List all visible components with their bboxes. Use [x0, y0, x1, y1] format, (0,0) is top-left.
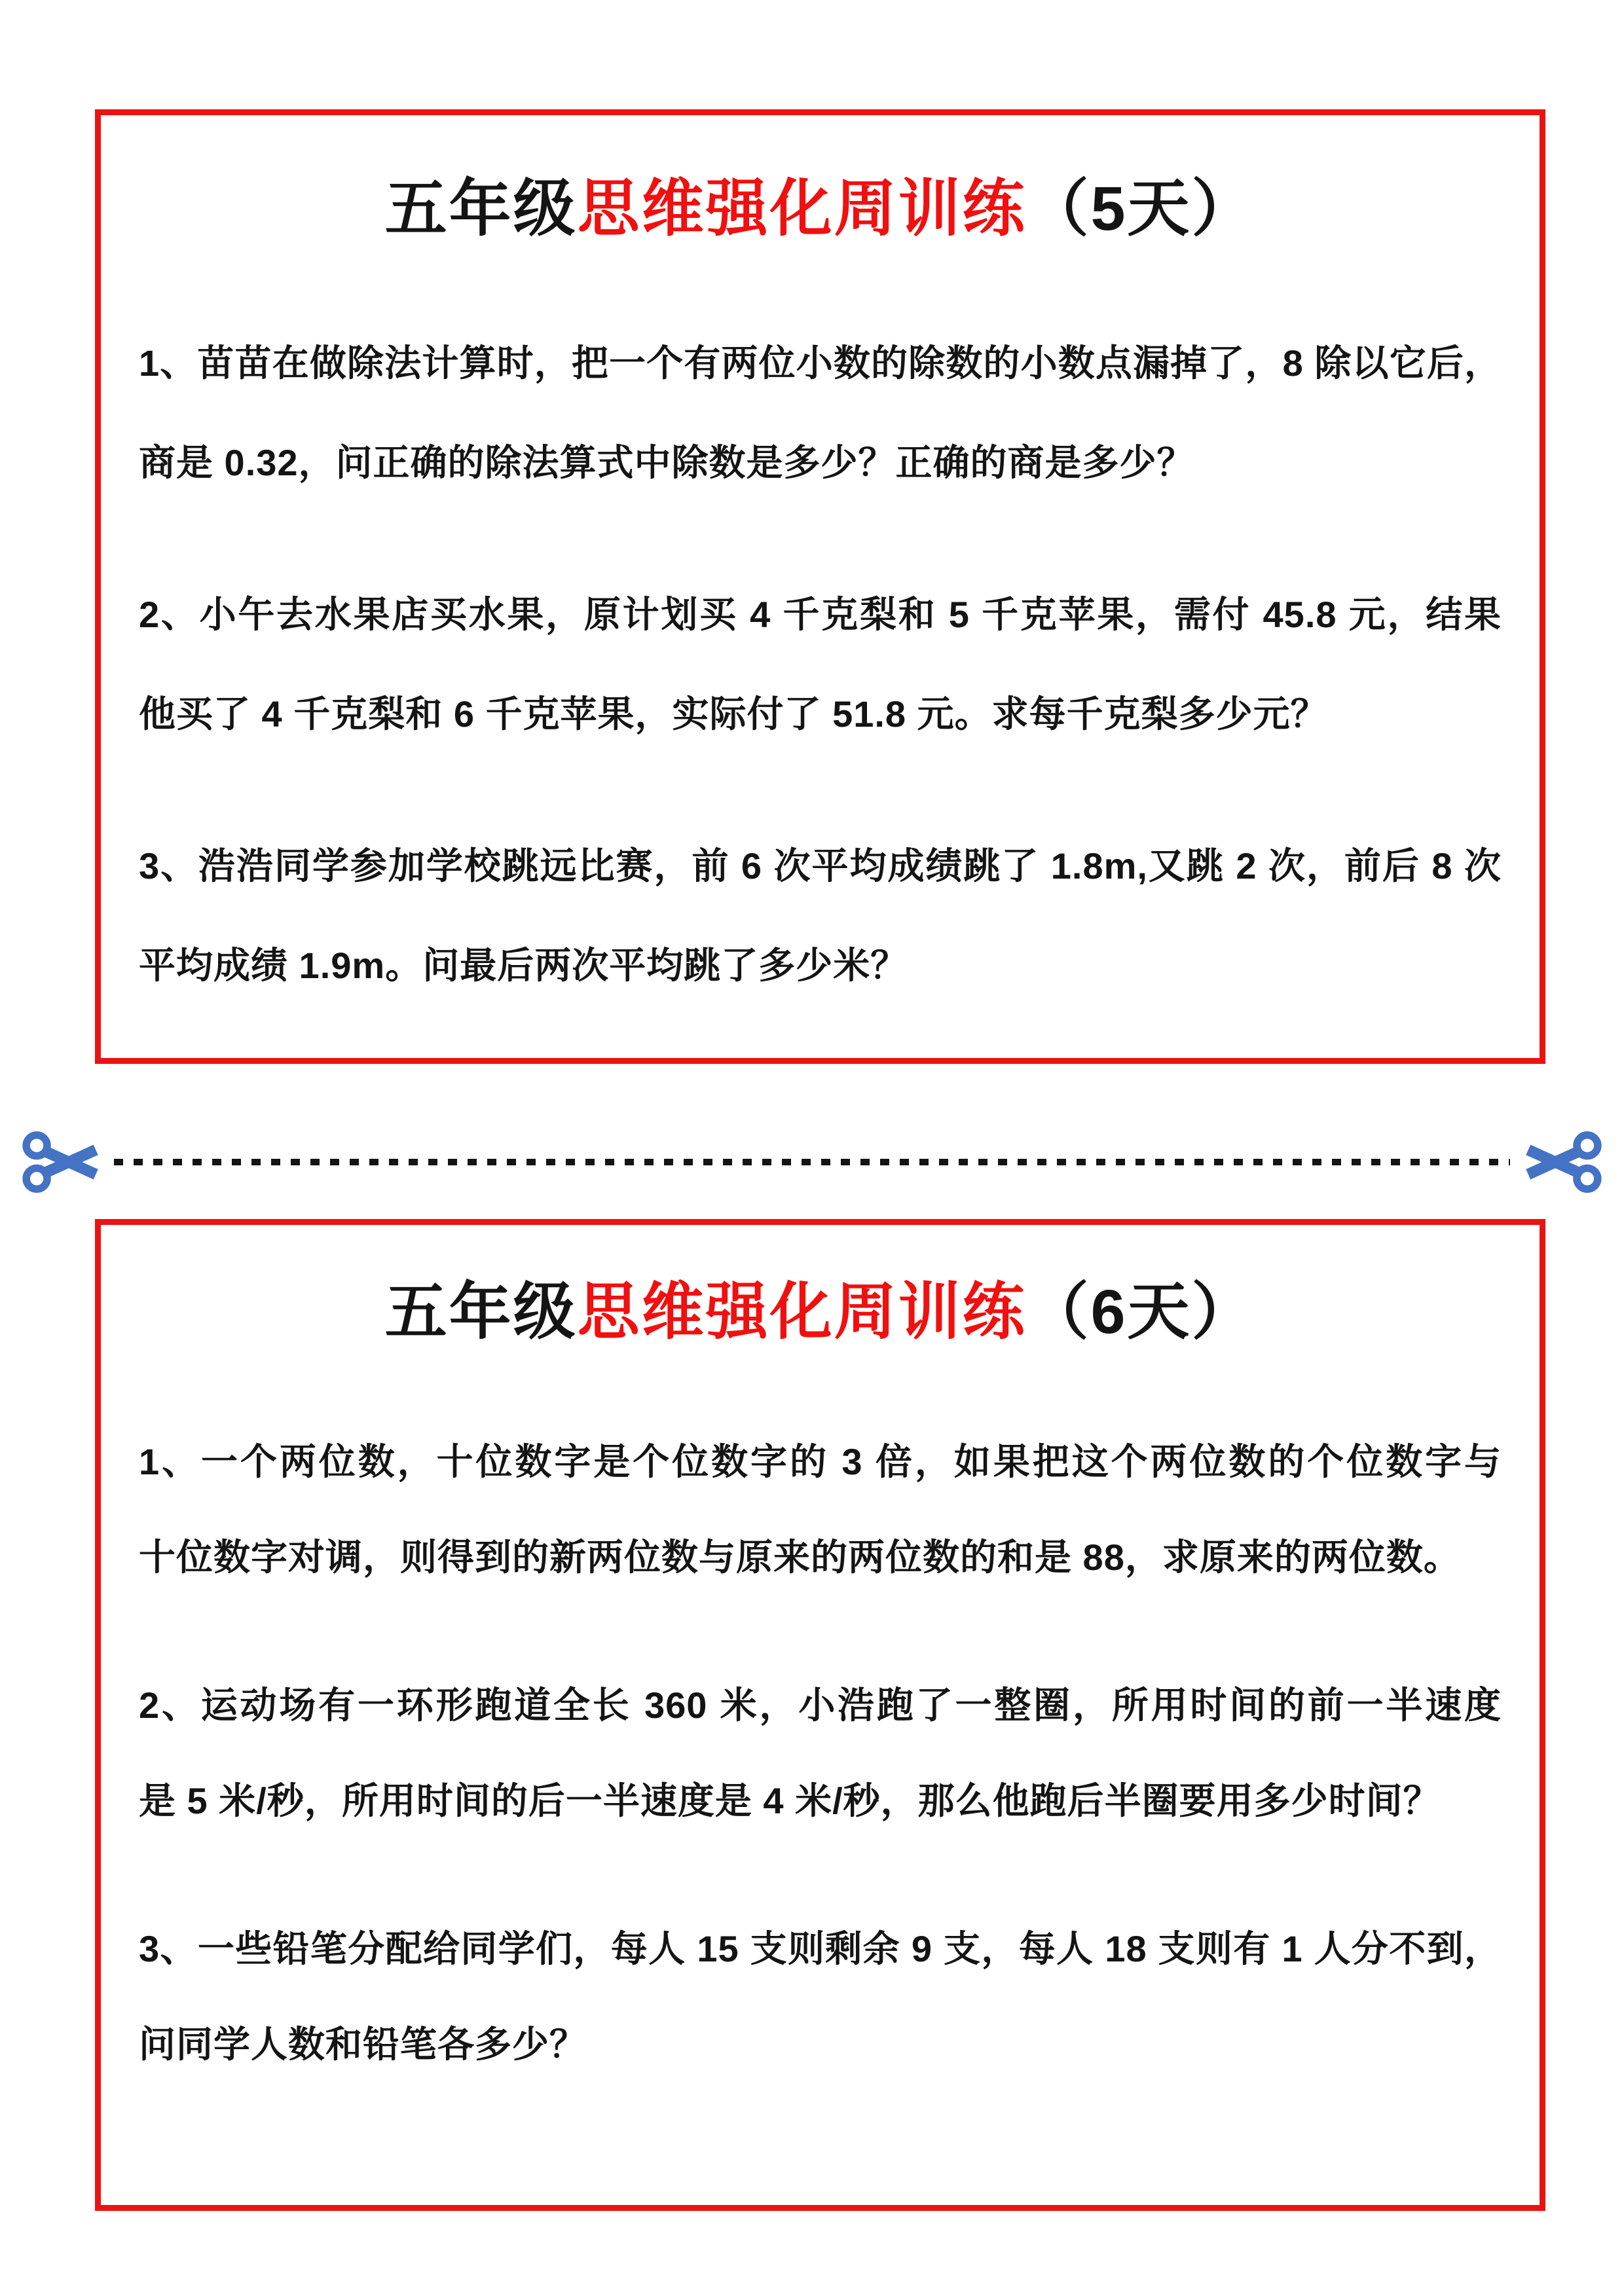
title-highlight: 思维强化周训练 [578, 174, 1027, 244]
title-grade: 五年级 [385, 1277, 578, 1347]
scissors-icon-right [1519, 1119, 1606, 1205]
problem-line: 十位数字对调，则得到的新两位数与原来的两位数的和是 88，求原来的两位数。 [139, 1510, 1502, 1605]
problem-line: 1、苗苗在做除法计算时，把一个有两位小数的除数的小数点漏掉了，8 除以它后， [139, 314, 1502, 413]
worksheet-title: 五年级思维强化周训练（5天） [139, 175, 1502, 243]
problem-1: 1、一个两位数，十位数字是个位数字的 3 倍，如果把这个两位数的个位数字与 十位… [139, 1414, 1502, 1605]
cut-line [0, 1113, 1624, 1211]
problem-1: 1、苗苗在做除法计算时，把一个有两位小数的除数的小数点漏掉了，8 除以它后， 商… [139, 314, 1502, 513]
title-days: （6天） [1027, 1277, 1256, 1347]
worksheet-card-day5: 五年级思维强化周训练（5天） 1、苗苗在做除法计算时，把一个有两位小数的除数的小… [95, 109, 1545, 1064]
problem-line: 是 5 米/秒，所用时间的后一半速度是 4 米/秒，那么他跑后半圈要用多少时间？ [139, 1753, 1502, 1849]
title-highlight: 思维强化周训练 [578, 1277, 1027, 1347]
problem-line: 2、运动场有一环形跑道全长 360 米，小浩跑了一整圈，所用时间的前一半速度 [139, 1658, 1502, 1753]
problem-line: 2、小午去水果店买水果，原计划买 4 千克梨和 5 千克苹果，需付 45.8 元… [139, 565, 1502, 665]
problem-line: 问同学人数和铅笔各多少？ [139, 1997, 1502, 2092]
problem-line: 商是 0.32，问正确的除法算式中除数是多少？正确的商是多少？ [139, 413, 1502, 513]
problem-3: 3、浩浩同学参加学校跳远比赛，前 6 次平均成绩跳了 1.8m,又跳 2 次，前… [139, 816, 1502, 1015]
problem-2: 2、小午去水果店买水果，原计划买 4 千克梨和 5 千克苹果，需付 45.8 元… [139, 565, 1502, 764]
problem-line: 3、浩浩同学参加学校跳远比赛，前 6 次平均成绩跳了 1.8m,又跳 2 次，前… [139, 816, 1502, 916]
worksheet-title: 五年级思维强化周训练（6天） [139, 1279, 1502, 1346]
title-days: （5天） [1027, 174, 1256, 244]
problem-2: 2、运动场有一环形跑道全长 360 米，小浩跑了一整圈，所用时间的前一半速度 是… [139, 1658, 1502, 1849]
cut-dashed-line [114, 1159, 1510, 1165]
title-grade: 五年级 [385, 174, 578, 244]
worksheet-card-day6: 五年级思维强化周训练（6天） 1、一个两位数，十位数字是个位数字的 3 倍，如果… [95, 1219, 1545, 2211]
worksheet-page: { "worksheet1": { "title": { "prefix": "… [0, 0, 1624, 2296]
problem-line: 他买了 4 千克梨和 6 千克苹果，实际付了 51.8 元。求每千克梨多少元？ [139, 665, 1502, 764]
problem-line: 1、一个两位数，十位数字是个位数字的 3 倍，如果把这个两位数的个位数字与 [139, 1414, 1502, 1510]
problem-line: 3、一些铅笔分配给同学们，每人 15 支则剩余 9 支，每人 18 支则有 1 … [139, 1901, 1502, 1997]
problem-3: 3、一些铅笔分配给同学们，每人 15 支则剩余 9 支，每人 18 支则有 1 … [139, 1901, 1502, 2092]
problem-line: 平均成绩 1.9m。问最后两次平均跳了多少米？ [139, 916, 1502, 1015]
scissors-icon-left [18, 1119, 105, 1205]
